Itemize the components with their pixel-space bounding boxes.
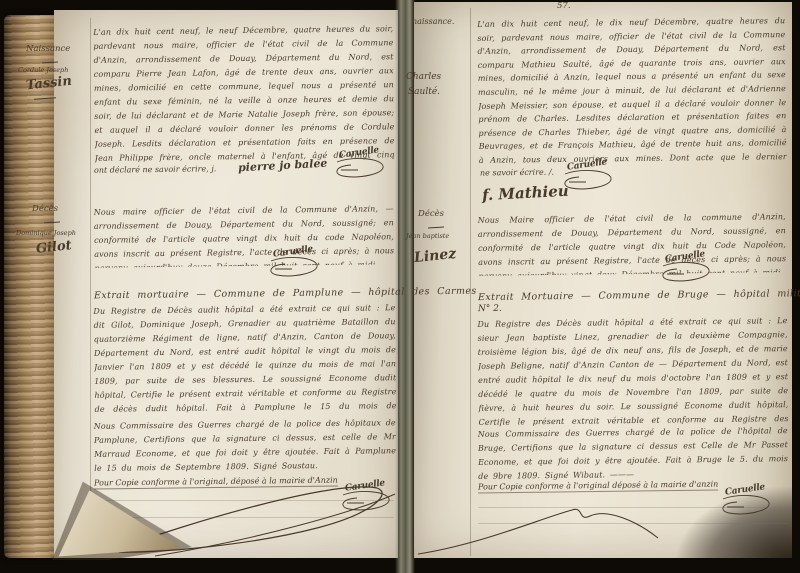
margin-name-small-left-birth: Cordule Joseph <box>18 66 68 74</box>
extrait-body-left: Du Registre de Décès audit hôpital a été… <box>93 301 396 417</box>
register-photo: 57. Naissance Cordule Joseph Tassin L'an… <box>0 0 800 573</box>
birth-act-text-right: L'an dix huit cent neuf, le dix neuf Déc… <box>477 14 787 166</box>
death-register-text-right: Nous Maire officier de l'état civil de l… <box>478 210 787 276</box>
extrait-heading-line2-right: N° 2. <box>478 304 502 314</box>
mayor-signature-stamp: Caruelle <box>262 247 324 280</box>
birth-act-last-line-left: ont déclaré ne savoir écrire, j. <box>94 164 216 174</box>
left-margin-rule <box>90 18 91 554</box>
death-register-text-left: Nous maire officier de l'état civil de l… <box>94 202 395 268</box>
mayor-signature-stamp: Caruelle <box>328 148 390 181</box>
birth-act-last-line-right: ne savoir écrire. /. <box>480 168 554 178</box>
mayor-signature-stamp: Caruelle <box>714 485 776 518</box>
extrait-body-right: Du Registre des Décès audit hôpital a ét… <box>477 314 788 428</box>
ruled-line <box>478 523 788 524</box>
margin-name-small-right-death: Jean baptiste <box>406 232 449 240</box>
extrait-certification-left: Nous Commissaire des Guerres chargé de l… <box>94 416 397 476</box>
margin-name-line2-right-birth: Saulté. <box>408 87 440 97</box>
margin-entry-type-birth-left: Naissance <box>26 44 70 54</box>
page-number: 57. <box>557 1 571 11</box>
birth-act-text-left: L'an dix huit cent neuf, le neuf Décembr… <box>93 22 395 166</box>
mayor-signature-stamp: Caruelle <box>654 252 716 285</box>
margin-name-line1-right-birth: Charles <box>406 72 441 82</box>
right-margin-rule <box>470 8 471 556</box>
margin-name-small-left-death: Dominique Joseph <box>16 229 76 237</box>
book-spine-page-edges <box>4 15 56 558</box>
margin-entry-type-death-left: Décès <box>32 204 58 214</box>
margin-entry-type-death-right: Décès <box>418 209 444 219</box>
margin-entry-type-birth-right: naissance. <box>412 17 454 26</box>
mayor-signature-stamp: Caruelle <box>334 481 396 514</box>
extrait-certification-right: Nous Commissaire des Guerres chargé de l… <box>478 424 789 484</box>
